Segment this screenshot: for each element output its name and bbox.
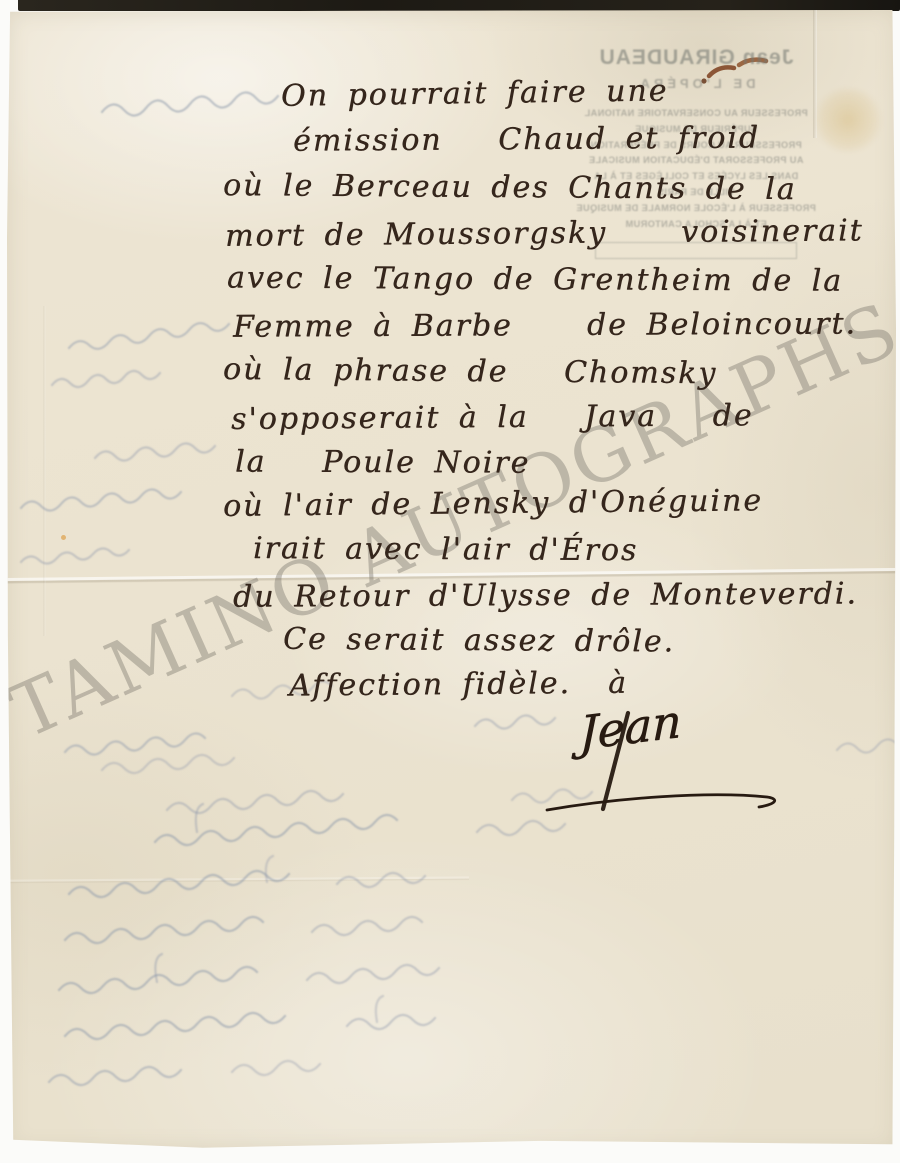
- letter-paper: Jean GIRAUDEAU DE L'OPÉRA PROFESSEUR AU …: [7, 10, 896, 1150]
- scanned-letter-page: { "scan": { "watermark_text": "TAMINO AU…: [0, 0, 900, 1163]
- signature-flourish: [7, 10, 896, 1150]
- handwriting-layer: On pourrait faire une émission Chaud et …: [7, 10, 896, 1150]
- scanner-edge-strip: [18, 0, 900, 11]
